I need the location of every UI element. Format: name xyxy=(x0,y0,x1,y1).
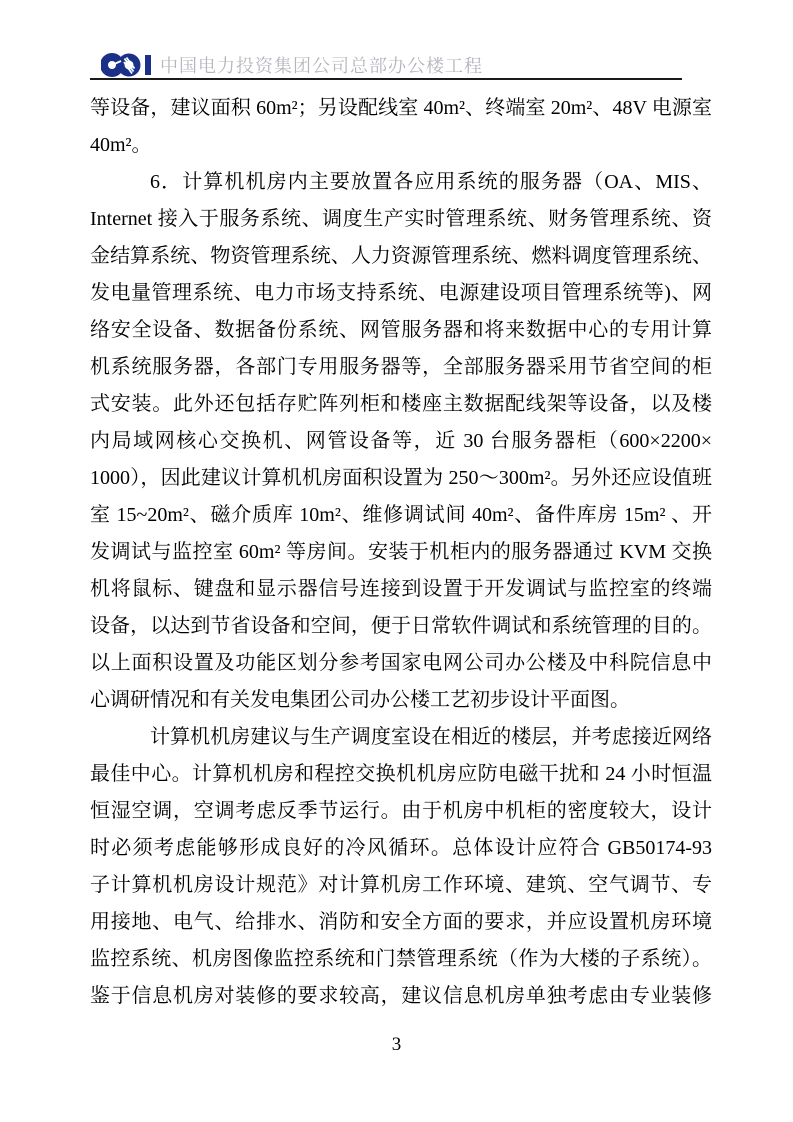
text-line: 络安全设备、数据备份系统、网管服务器和将来数据中心的专用计算 xyxy=(90,312,712,349)
text-line: 机将鼠标、键盘和显示器信号连接到设置于开发调试与监控室的终端 xyxy=(90,571,712,608)
text-line: 发电量管理系统、电力市场支持系统、电源建设项目管理系统等)、网 xyxy=(90,275,712,312)
text-line: 室 15~20m²、磁介质库 10m²、维修调试间 40m²、备件库房 15m²… xyxy=(90,497,712,534)
text-line: 1000），因此建议计算机机房面积设置为 250～300m²。另外还应设值班 xyxy=(90,460,712,497)
text-line: 机系统服务器，各部门专用服务器等，全部服务器采用节省空间的柜 xyxy=(90,349,712,386)
text-line: 最佳中心。计算机机房和程控交换机机房应防电磁干扰和 24 小时恒温 xyxy=(90,756,712,793)
text-line: 恒湿空调，空调考虑反季节运行。由于机房中机柜的密度较大，设计 xyxy=(90,793,712,830)
text-line: 金结算系统、物资管理系统、人力资源管理系统、燃料调度管理系统、 xyxy=(90,238,712,275)
text-line: 等设备，建议面积 60m²；另设配线室 40m²、终端室 20m²、48V 电源… xyxy=(90,90,712,127)
text-line: 鉴于信息机房对装修的要求较高，建议信息机房单独考虑由专业装修 xyxy=(90,978,712,1015)
page-footer: 3 xyxy=(0,1032,793,1058)
page-number: 3 xyxy=(392,1034,402,1055)
header-title: 中国电力投资集团公司总部办公楼工程 xyxy=(160,52,483,78)
text-line: 式安装。此外还包括存贮阵列柜和楼座主数据配线架等设备，以及楼 xyxy=(90,386,712,423)
text-line: 监控系统、机房图像监控系统和门禁管理系统（作为大楼的子系统）。 xyxy=(90,941,712,978)
text-line: 以上面积设置及功能区划分参考国家电网公司办公楼及中科院信息中 xyxy=(90,645,712,682)
header-rule xyxy=(90,78,682,80)
text-line: 40m²。 xyxy=(90,127,712,164)
text-line: 内局域网核心交换机、网管设备等，近 30 台服务器柜（600×2200× xyxy=(90,423,712,460)
text-line: 发调试与监控室 60m² 等房间。安装于机柜内的服务器通过 KVM 交换 xyxy=(90,534,712,571)
cpi-logo-icon xyxy=(101,52,153,78)
document-body: 等设备，建议面积 60m²；另设配线室 40m²、终端室 20m²、48V 电源… xyxy=(90,90,712,1015)
text-line: 时必须考虑能够形成良好的冷风循环。总体设计应符合 GB50174-93《电 xyxy=(90,830,712,867)
text-line: 用接地、电气、给排水、消防和安全方面的要求，并应设置机房环境 xyxy=(90,904,712,941)
text-line: 计算机机房建议与生产调度室设在相近的楼层，并考虑接近网络 xyxy=(90,719,712,756)
text-line: 6．计算机机房内主要放置各应用系统的服务器（OA、MIS、 xyxy=(90,164,712,201)
text-line: 子计算机机房设计规范》对计算机房工作环境、建筑、空气调节、专 xyxy=(90,867,712,904)
text-line: 设备，以达到节省设备和空间，便于日常软件调试和系统管理的目的。 xyxy=(90,608,712,645)
text-line: 心调研情况和有关发电集团公司办公楼工艺初步设计平面图。 xyxy=(90,682,712,719)
document-page: 中国电力投资集团公司总部办公楼工程 等设备，建议面积 60m²；另设配线室 40… xyxy=(0,0,793,1122)
page-header: 中国电力投资集团公司总部办公楼工程 xyxy=(101,51,483,78)
text-line: Internet 接入于服务系统、调度生产实时管理系统、财务管理系统、资 xyxy=(90,201,712,238)
